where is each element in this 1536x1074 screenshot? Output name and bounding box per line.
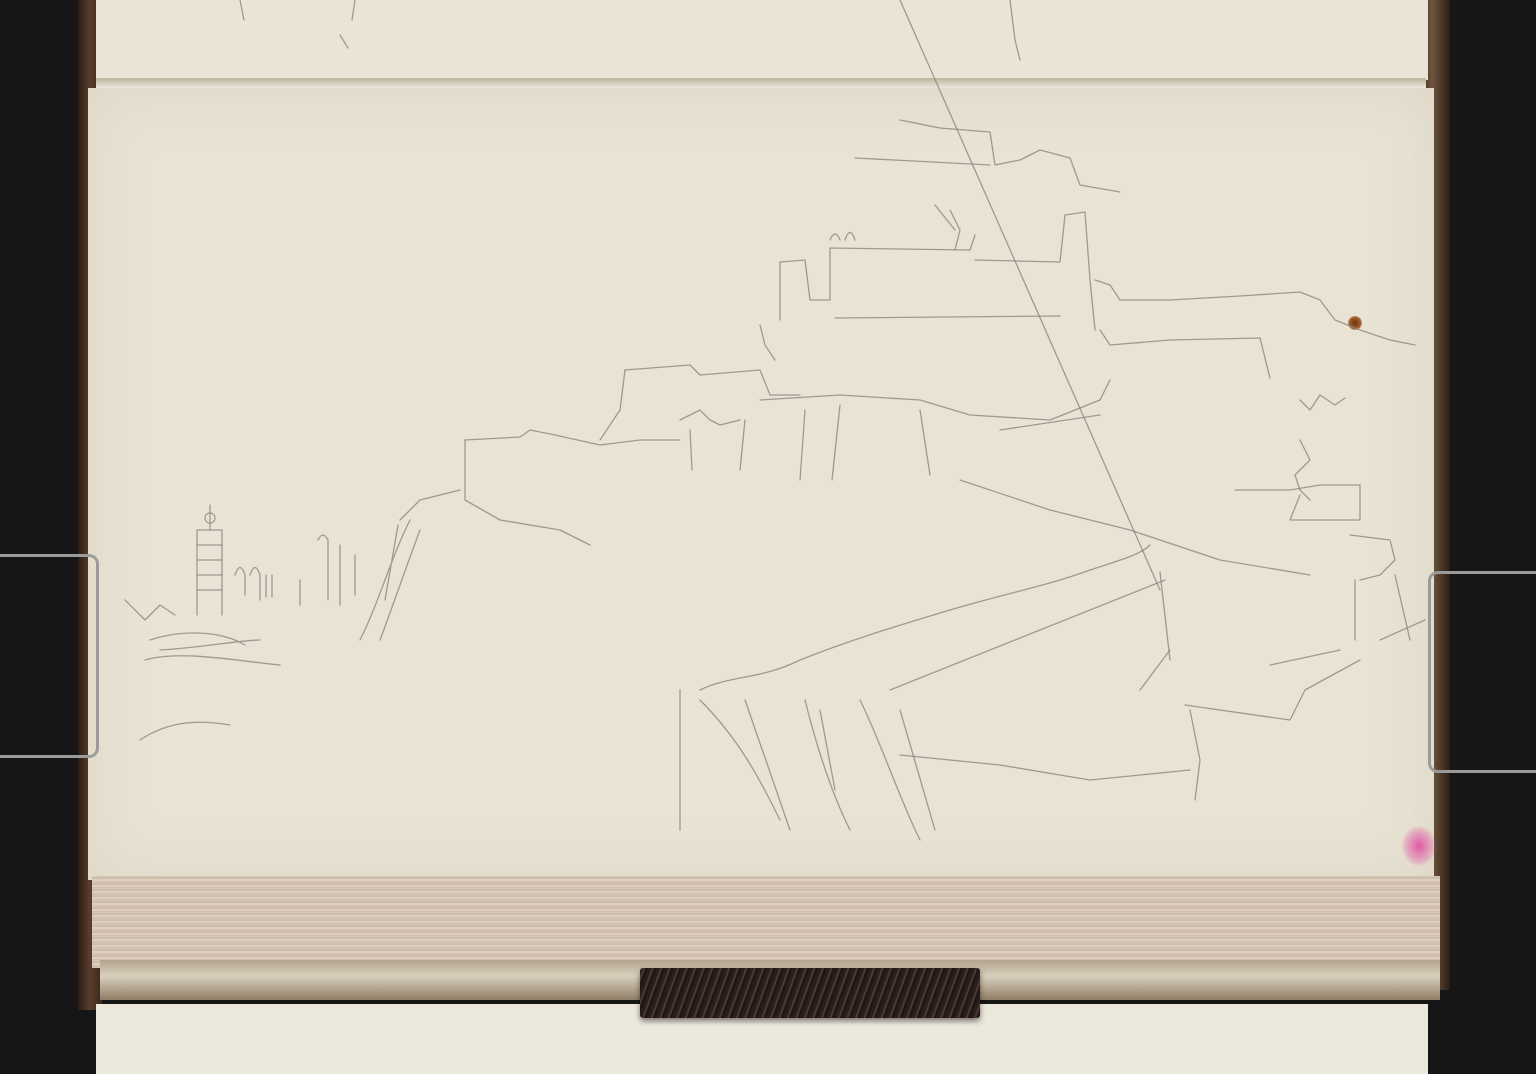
pencil-sketch — [0, 0, 1536, 1074]
